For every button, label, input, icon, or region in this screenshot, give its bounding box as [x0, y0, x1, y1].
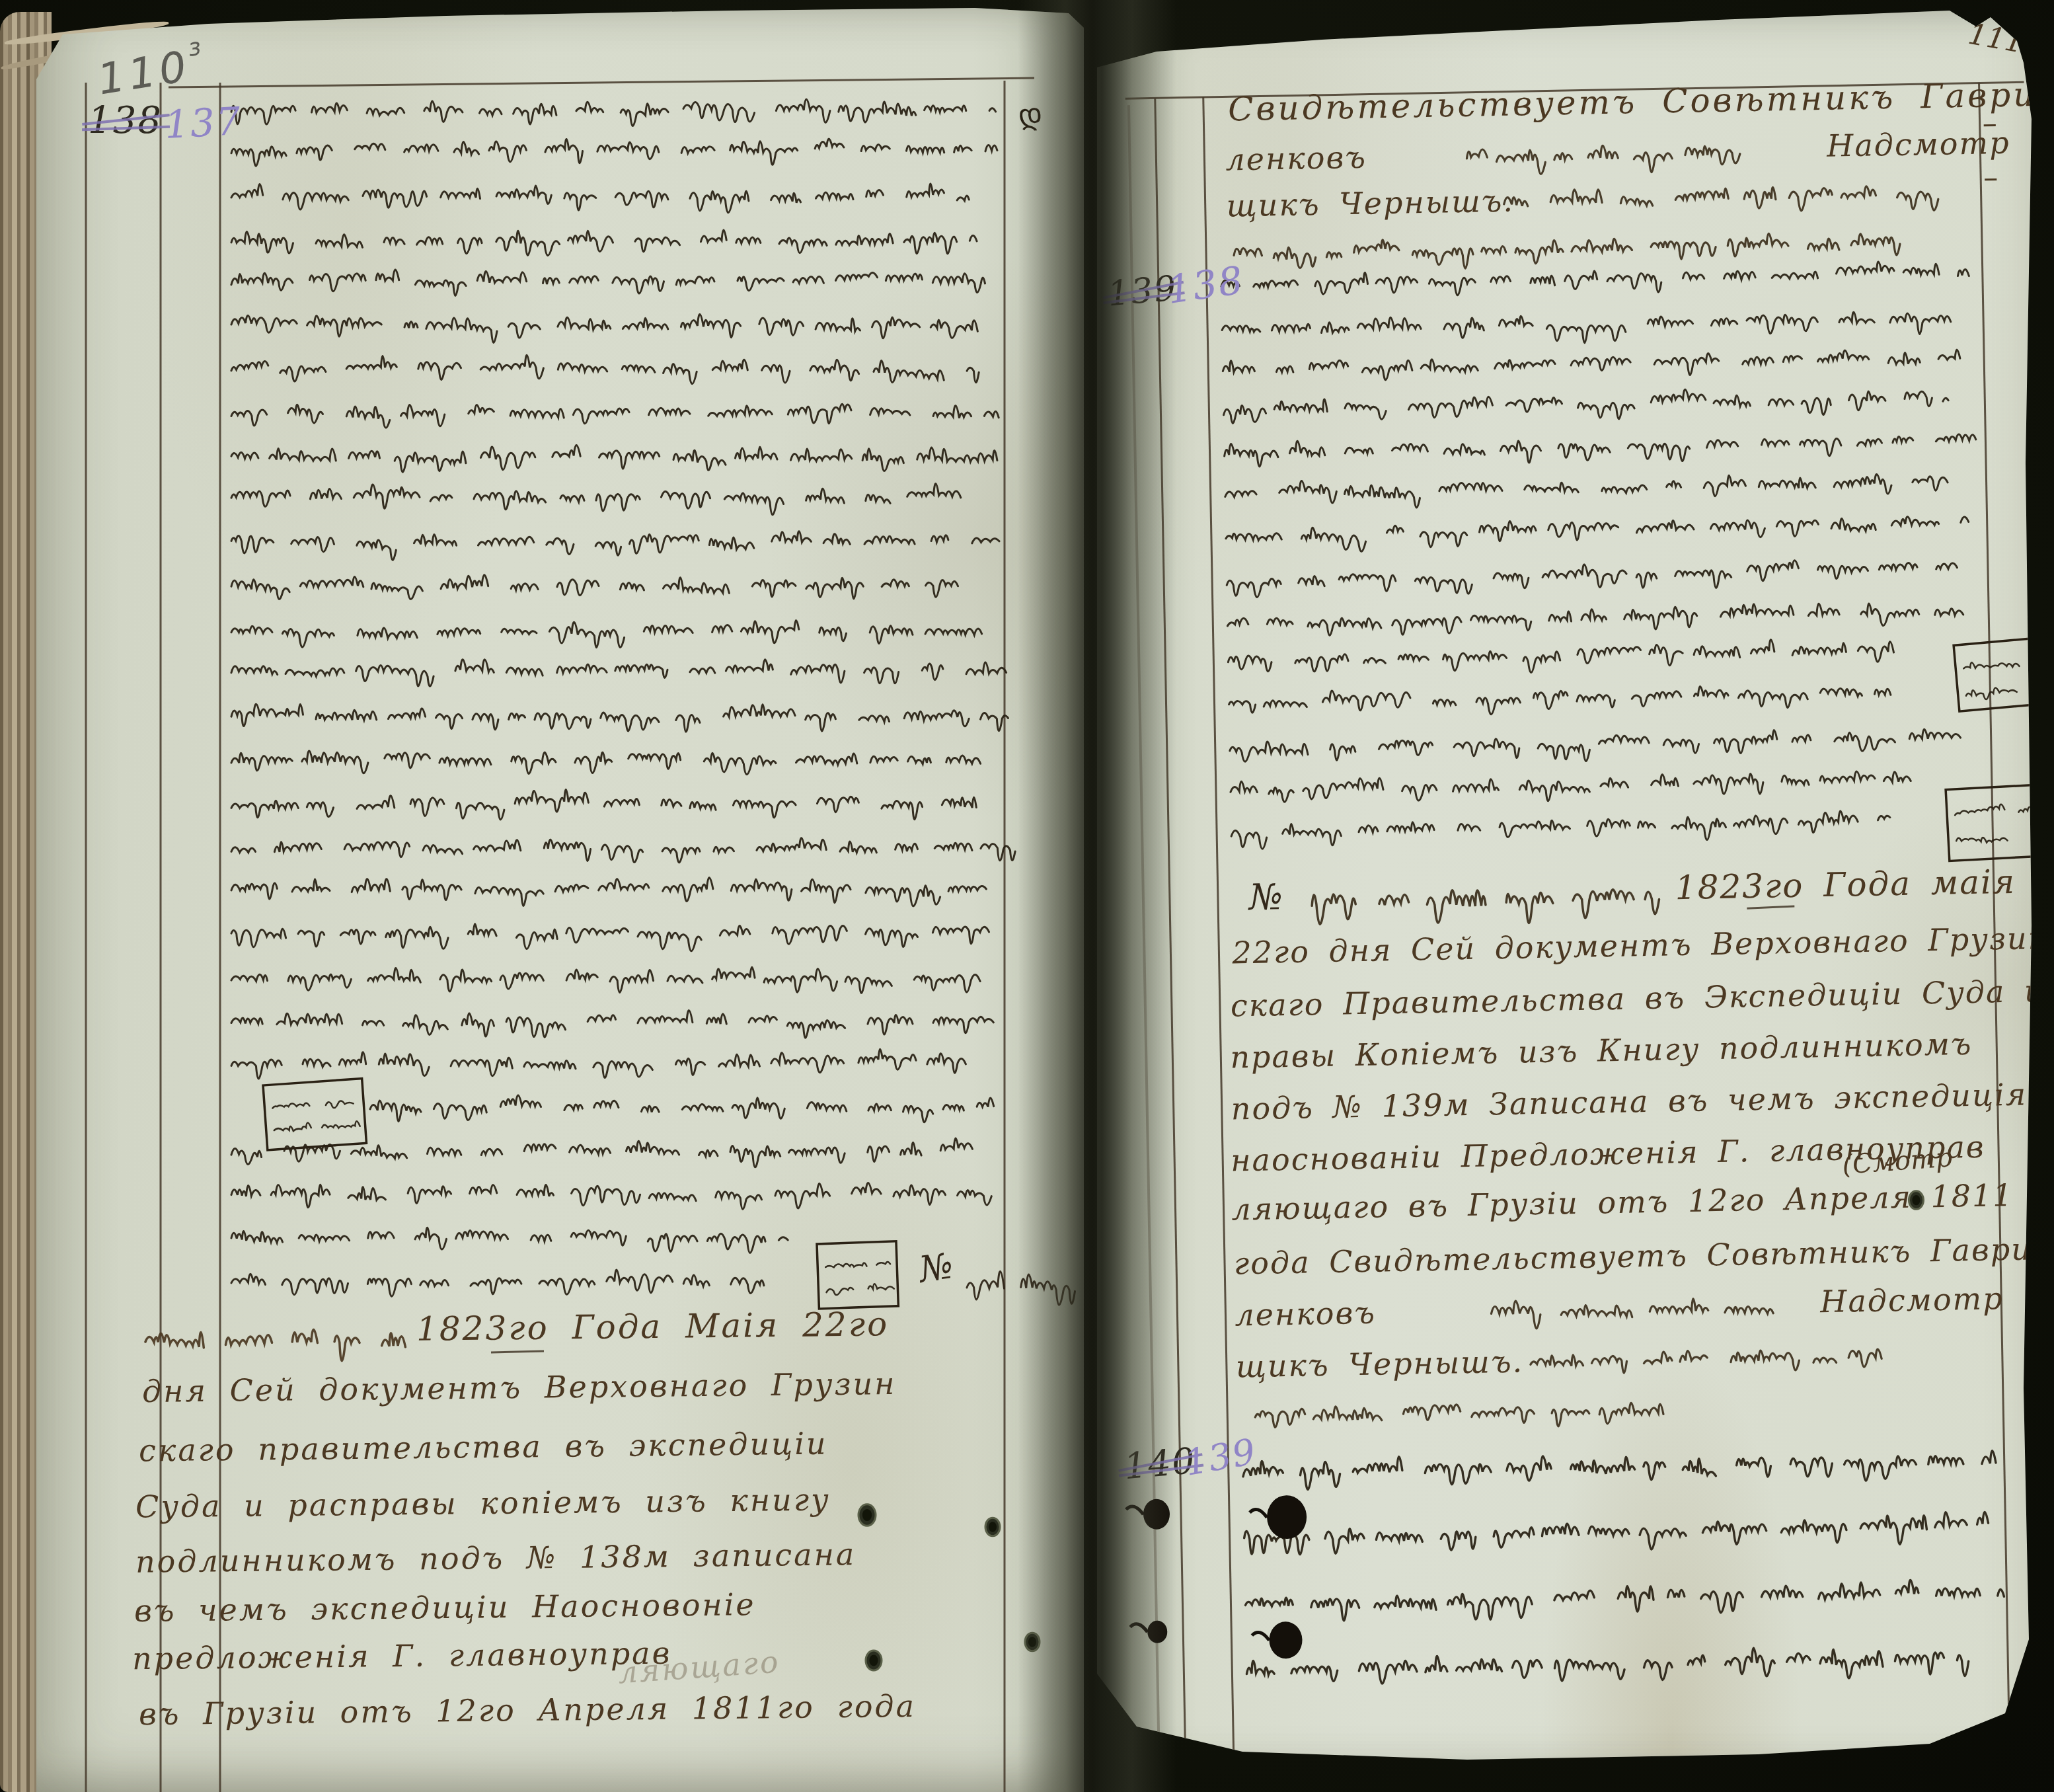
ruled-line [1979, 83, 2010, 1729]
left-certification-line: 1823го Года Маія 22го [416, 1305, 890, 1348]
georgian-handwriting-line [231, 139, 997, 166]
georgian-handwriting-line [231, 230, 977, 256]
ruled-line [491, 1351, 544, 1352]
boxed-annotation [263, 1079, 366, 1150]
ink-blot [1269, 1621, 1303, 1659]
georgian-handwriting-line [1231, 768, 1911, 806]
left-margin-letter: დ [1016, 97, 1044, 132]
boxed-annotation-text [825, 1262, 890, 1268]
paper-hole [2037, 1185, 2044, 1194]
ink-blot-tail [1130, 1624, 1147, 1633]
ink-blot [1267, 1495, 1307, 1539]
georgian-handwriting-line [231, 575, 958, 600]
georgian-handwriting-line [231, 531, 999, 560]
georgian-handwriting-line [1228, 637, 1894, 678]
georgian-handwriting-line [1227, 600, 1963, 638]
right-number-sign: № [1248, 876, 1284, 918]
right-margin-letter: ქ [2030, 1458, 2043, 1487]
edge-dash: – [1983, 161, 1998, 194]
georgian-handwriting-line [231, 1138, 972, 1167]
georgian-handwriting-line [231, 404, 999, 428]
boxed-annotation-text [1956, 836, 2008, 844]
ink-blot-tail [1250, 1509, 1267, 1518]
cursive-flourish [1491, 1296, 1773, 1329]
georgian-handwriting-line [1246, 1644, 1969, 1689]
right-certification-segment: Надсмотр [1820, 1280, 2004, 1319]
cursive-flourish [1466, 143, 1740, 175]
cursive-flourish [1503, 183, 1938, 218]
georgian-handwriting-line [231, 967, 980, 993]
cursive-flourish [1255, 1401, 1663, 1432]
right-certification-segment: ленковъ [1235, 1295, 1376, 1333]
right-page-content: Свидѣтельствуетъ Совѣтникъ Гаври ленковъ… [1097, 0, 2054, 1792]
georgian-handwriting-line [231, 878, 986, 906]
georgian-handwriting-line [1226, 513, 1969, 554]
cursive-flourish [1234, 231, 1901, 273]
georgian-handwriting-line [231, 446, 997, 473]
georgian-handwriting-line [1230, 726, 1961, 767]
georgian-handwriting-line [1229, 680, 1891, 719]
paper-hole [989, 1522, 997, 1532]
right-top-certification-segment: щикъ Чернышъ. [1226, 182, 1514, 223]
left-new-entry-number: 137 [163, 98, 243, 147]
georgian-handwriting-line [231, 704, 1008, 732]
left-certification-line: предложенія Г. главноуправ [132, 1635, 672, 1677]
ink-blot-tail [1252, 1632, 1269, 1641]
ink-blot [1143, 1499, 1170, 1530]
georgian-handwriting-line [231, 1011, 993, 1038]
ruled-line [1747, 906, 1794, 908]
georgian-handwriting-line [1221, 260, 1969, 300]
georgian-handwriting-line [231, 620, 982, 647]
boxed-annotation [1954, 638, 2043, 711]
left-certification-line: Суда и расправы копіемъ изъ книгу [135, 1481, 831, 1524]
georgian-handwriting-line [370, 1095, 994, 1122]
left-old-entry-number: 138 [88, 99, 163, 142]
georgian-handwriting-line [1244, 1512, 1989, 1557]
georgian-handwriting-line [231, 1227, 788, 1253]
georgian-handwriting-line [231, 838, 1015, 863]
georgian-handwriting-line [231, 790, 976, 820]
boxed-annotation [817, 1241, 898, 1309]
manuscript-scan: 110з 138 137 დ № 1823го Года Маія 22го д… [0, 0, 2054, 1792]
georgian-handwriting-line [231, 99, 996, 126]
boxed-annotation-text [272, 1099, 354, 1112]
georgian-handwriting-line [231, 314, 977, 342]
ruled-line [169, 78, 1034, 87]
georgian-handwriting-line [231, 1183, 991, 1209]
boxed-annotation-text [1965, 684, 2037, 701]
paper-hole [862, 1509, 872, 1521]
georgian-handwriting-line [1245, 1578, 2004, 1624]
georgian-handwriting-line [231, 924, 989, 951]
georgian-handwriting-line [231, 270, 985, 295]
boxed-annotation-text [826, 1283, 894, 1295]
georgian-handwriting-line [1242, 1446, 1996, 1492]
cursive-flourish [967, 1271, 1075, 1305]
left-certification-line: скаго правительства въ экспедиціи [139, 1426, 828, 1469]
georgian-handwriting-line [1223, 348, 1960, 384]
georgian-handwriting-line [231, 1270, 764, 1296]
georgian-handwriting-line [1225, 469, 1948, 511]
georgian-handwriting-line [231, 184, 969, 213]
georgian-handwriting-line [1222, 307, 1951, 350]
boxed-annotation-text [274, 1119, 360, 1132]
left-certification-line: подлинникомъ подъ № 138м записана [135, 1536, 856, 1579]
georgian-handwriting-line [1231, 810, 1891, 849]
left-certification-line: въ чемъ экспедиціи Наосновоніе [134, 1586, 756, 1629]
paper-hole [2034, 1181, 2047, 1198]
georgian-handwriting-line [231, 484, 961, 515]
georgian-handwriting-line [231, 1049, 966, 1079]
ink-blot [1147, 1620, 1168, 1643]
edge-dash: – [1982, 106, 1997, 140]
cursive-flourish [145, 1329, 405, 1360]
georgian-handwriting-line [1224, 428, 1976, 469]
cursive-flourish [1531, 1347, 1882, 1375]
georgian-handwriting-line [1223, 385, 1948, 426]
ink-blot-tail [1126, 1506, 1143, 1515]
georgian-handwriting-line [231, 355, 979, 383]
ruled-line [1203, 97, 1234, 1756]
paper-hole [1028, 1637, 1036, 1647]
right-certification-segment: щикъ Чернышъ. [1235, 1344, 1523, 1385]
cursive-flourish [1312, 886, 1659, 927]
right-top-certification-segment: ленковъ [1225, 139, 1367, 178]
paper-hole [869, 1655, 878, 1666]
left-page: 110з 138 137 დ № 1823го Года Маія 22го д… [36, 0, 1084, 1792]
georgian-handwriting-line [231, 751, 981, 775]
right-page: 111. Свидѣтельствуетъ Совѣтникъ Гаври ле… [1097, 0, 2054, 1792]
boxed-annotation-text [1954, 802, 2034, 816]
boxed-annotation-text [1963, 658, 2020, 672]
right-certification-date: 1823го Года маія [1675, 863, 2016, 907]
left-number-sign: № [917, 1245, 958, 1291]
georgian-handwriting-line [1227, 557, 1958, 598]
georgian-handwriting-line [231, 660, 1007, 686]
